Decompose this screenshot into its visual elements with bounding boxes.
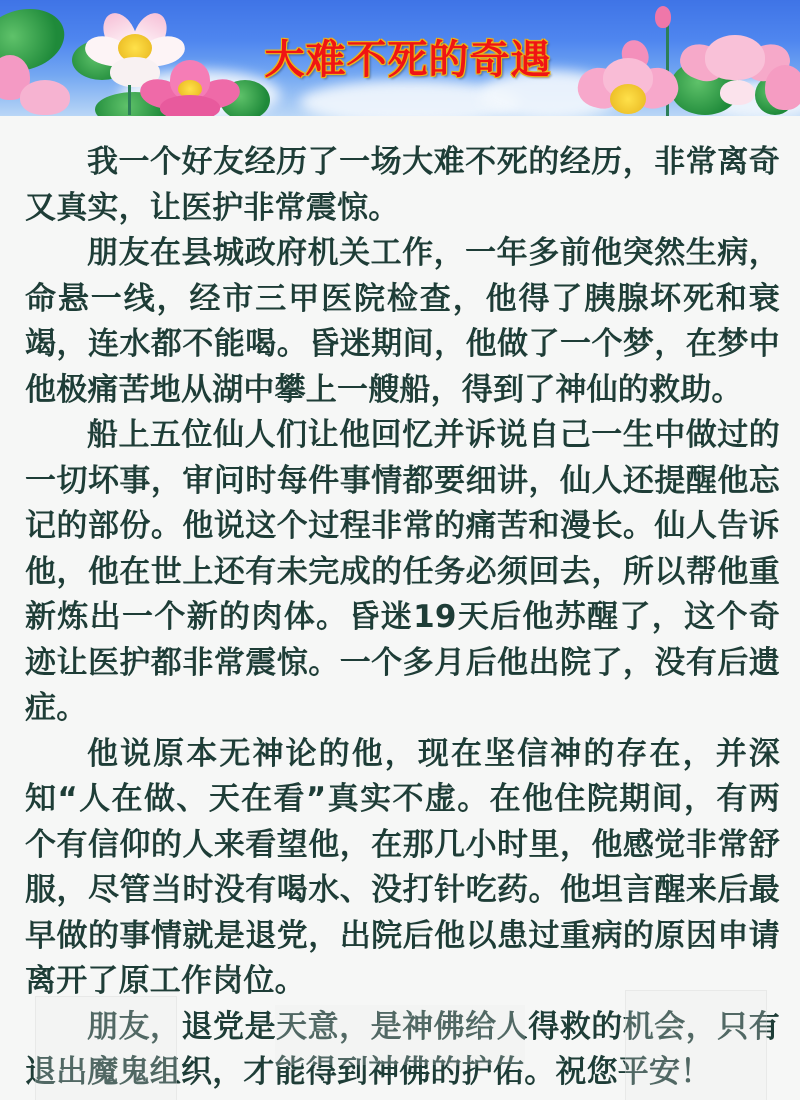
qr-code-icon [35, 996, 177, 1100]
paragraph: 我一个好友经历了一场大难不死的经历，非常离奇又真实，让医护非常震惊。 [25, 140, 780, 231]
lotus-flower-icon [0, 55, 80, 115]
watermark-block [275, 1005, 525, 1065]
lotus-flower-icon [578, 58, 678, 116]
qr-code-icon [625, 990, 767, 1100]
lotus-flower-icon [765, 65, 800, 115]
header-banner: 大难不死的奇遇 [0, 0, 800, 116]
page-title: 大难不死的奇遇 [228, 30, 588, 90]
lotus-flower-icon [140, 60, 240, 116]
paragraph: 朋友在县城政府机关工作，一年多前他突然生病，命悬一线，经市三甲医院检查，他得了胰… [25, 231, 780, 413]
lotus-bud-icon [655, 6, 671, 28]
paragraph: 他说原本无神论的他，现在坚信神的存在，并深知“人在做、天在看”真实不虚。在他住院… [25, 732, 780, 1005]
article-body: 我一个好友经历了一场大难不死的经历，非常离奇又真实，让医护非常震惊。 朋友在县城… [25, 140, 780, 1096]
lotus-stem [128, 85, 131, 115]
paragraph: 船上五位仙人们让他回忆并诉说自己一生中做过的一切坏事，审问时每件事情都要细讲，仙… [25, 413, 780, 732]
